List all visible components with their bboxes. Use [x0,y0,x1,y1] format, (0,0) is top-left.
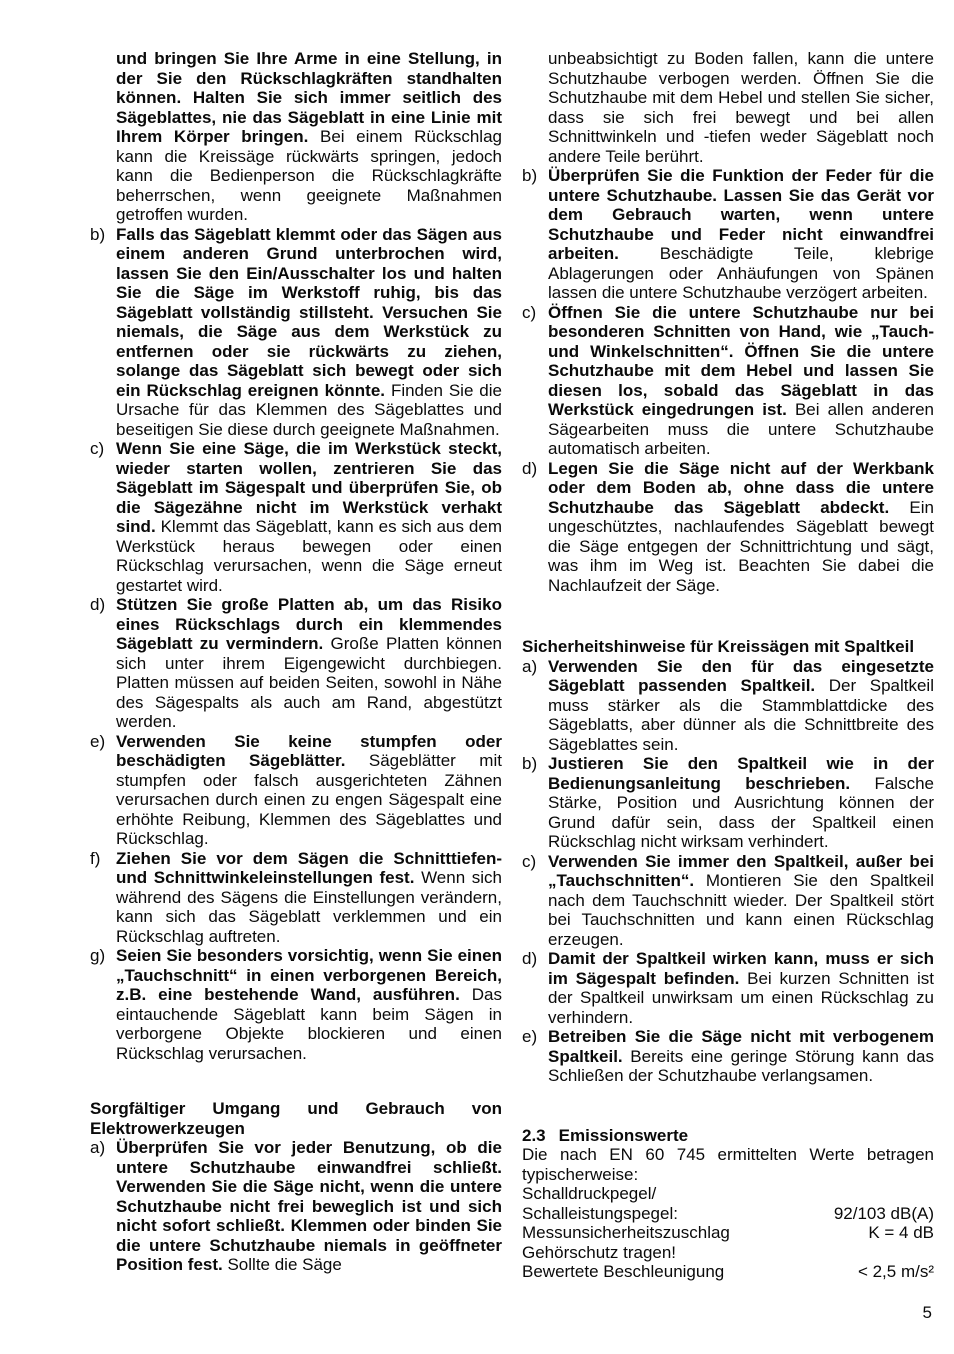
item-marker: d) [522,949,548,969]
item-marker: d) [522,459,548,479]
item-spaltkeil-d: d)Damit der Spaltkeil wirken kann, muss … [522,949,934,1027]
emission-label: Gehörschutz tragen! [522,1243,676,1263]
item-guard-c: c)Öffnen Sie die untere Schutzhaube nur … [522,303,934,459]
item-bold-text: Überprüfen Sie vor jeder Benutzung, ob d… [116,1138,502,1274]
item-kickback-f: f)Ziehen Sie vor dem Sägen die Schnittti… [90,849,502,947]
emission-value: < 2,5 m/s² [858,1262,934,1282]
item-text: unbeabsichtigt zu Boden fallen, kann die… [548,49,934,166]
emission-row-schalleistungspegel: Schalleistungspegel: 92/103 dB(A) [522,1204,934,1224]
section-heading-spaltkeil: Sicherheitshinweise für Kreissägen mit S… [522,637,934,657]
item-care-a: a)Überprüfen Sie vor jeder Benutzung, ob… [90,1138,502,1275]
emission-label: Schalldruckpegel/ [522,1184,656,1204]
item-guard-d: d)Legen Sie die Säge nicht auf der Werkb… [522,459,934,596]
right-column: unbeabsichtigt zu Boden fallen, kann die… [522,49,934,1282]
item-marker: b) [90,225,116,245]
item-spaltkeil-a: a)Verwenden Sie den für das eingesetzte … [522,657,934,755]
item-marker: e) [522,1027,548,1047]
item-marker: a) [522,657,548,677]
emission-label: Schalleistungspegel: [522,1204,678,1224]
item-spaltkeil-b: b)Justieren Sie den Spaltkeil wie in der… [522,754,934,852]
emission-label: Messunsicherheitszuschlag [522,1223,730,1243]
emission-row-gehoerschutz: Gehörschutz tragen! [522,1243,934,1263]
item-marker: b) [522,754,548,774]
item-kickback-c: c)Wenn Sie eine Säge, die im Werkstück s… [90,439,502,595]
section-heading-emissions: 2.3Emissionswerte [522,1126,934,1146]
item-bold-text: Legen Sie die Säge nicht auf der Werkban… [548,459,934,517]
section-number: 2.3 [522,1126,546,1145]
item-kickback-continuation: und bringen Sie Ihre Arme in eine Stellu… [90,49,502,225]
emission-value: 92/103 dB(A) [834,1204,934,1224]
item-marker: b) [522,166,548,186]
emission-value: K = 4 dB [868,1223,934,1243]
item-marker: a) [90,1138,116,1158]
item-guard-continuation: unbeabsichtigt zu Boden fallen, kann die… [522,49,934,166]
item-marker: c) [90,439,116,459]
emission-label: Bewertete Beschleunigung [522,1262,724,1282]
item-kickback-b: b)Falls das Sägeblatt klemmt oder das Sä… [90,225,502,440]
item-guard-b: b)Überprüfen Sie die Funktion der Feder … [522,166,934,303]
item-text: Sollte die Säge [227,1255,341,1274]
manual-page: und bringen Sie Ihre Arme in eine Stellu… [0,0,954,1354]
item-marker: d) [90,595,116,615]
item-spaltkeil-e: e)Betreiben Sie die Säge nicht mit verbo… [522,1027,934,1086]
item-marker: g) [90,946,116,966]
item-marker: c) [522,852,548,872]
item-bold-text: Falls das Sägeblatt klemmt oder das Säge… [116,225,502,400]
item-bold-text: Seien Sie besonders vorsichtig, wenn Sie… [116,946,502,1004]
page-number: 5 [923,1303,932,1323]
item-kickback-d: d)Stützen Sie große Platten ab, um das R… [90,595,502,732]
item-marker: c) [522,303,548,323]
left-column: und bringen Sie Ihre Arme in eine Stellu… [90,49,502,1275]
item-text: Klemmt das Sägeblatt, kann es sich aus d… [116,517,502,595]
item-kickback-g: g)Seien Sie besonders vorsichtig, wenn S… [90,946,502,1063]
emission-row-schalldruckpegel: Schalldruckpegel/ [522,1184,934,1204]
item-marker: f) [90,849,116,869]
item-kickback-e: e)Verwenden Sie keine stumpfen oder besc… [90,732,502,849]
emission-row-beschleunigung: Bewertete Beschleunigung < 2,5 m/s² [522,1262,934,1282]
item-marker: e) [90,732,116,752]
section-title: Emissionswerte [559,1126,688,1145]
item-spaltkeil-c: c)Verwenden Sie immer den Spaltkeil, auß… [522,852,934,950]
emission-row-messunsicherheit: Messunsicherheitszuschlag K = 4 dB [522,1223,934,1243]
emissions-intro: Die nach EN 60 745 ermittelten Werte bet… [522,1145,934,1184]
section-heading-care: Sorgfältiger Umgang und Gebrauch von Ele… [90,1099,502,1138]
